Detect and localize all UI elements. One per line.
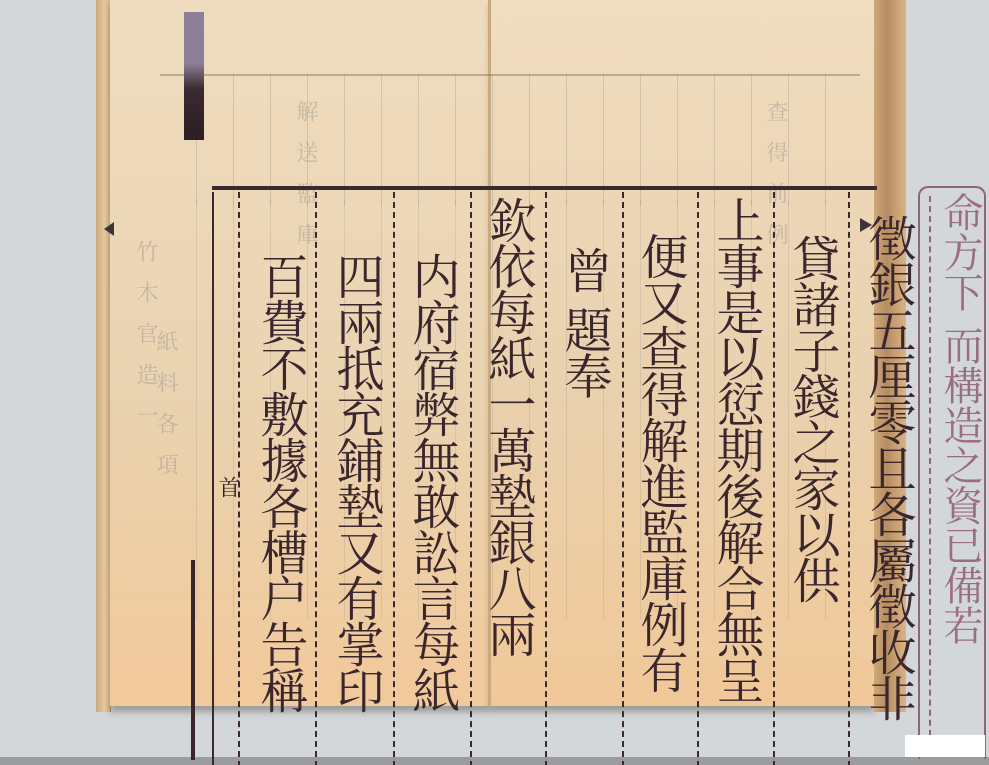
- text-column: 百費不敷據各槽户告稱: [252, 252, 308, 712]
- overlay-sheet: 命方下 而構造之資已備若 徵銀五厘零且各屬徵收非 貸諸子錢之家以供 上事是以愆期…: [200, 186, 989, 765]
- book-left-edge: [96, 0, 111, 712]
- column-rule: [315, 192, 317, 765]
- text-column: 便又查得解進監庫例有: [632, 232, 688, 692]
- fishtail-mark-icon: [104, 222, 114, 236]
- bleed-through-text: 紙 料 各 項: [150, 330, 181, 481]
- stamp-column: 命方下 而構造之資已備若: [932, 192, 988, 645]
- column-rule: [470, 192, 472, 765]
- text-column: 曾 題奉: [556, 246, 612, 397]
- column-rule: [393, 192, 395, 765]
- column-rule: [848, 192, 850, 765]
- margin-label: 首: [212, 476, 243, 498]
- frame-top-rule: [212, 186, 877, 190]
- text-column: 徵銀五厘零且各屬徵收非: [860, 214, 916, 720]
- column-rule: [697, 192, 699, 765]
- bookmark-tab: [184, 12, 204, 140]
- text-column: 上事是以愆期後解合無呈: [708, 196, 764, 702]
- stamp-divider: [929, 196, 931, 756]
- scan-artifact: [905, 735, 985, 757]
- text-column: 内府宿弊無敢訟言每紙: [404, 252, 460, 712]
- text-column: 四兩抵充鋪墊又有掌印: [328, 252, 384, 712]
- column-rule: [545, 192, 547, 765]
- column-rule: [622, 192, 624, 765]
- text-column: 貸諸子錢之家以供: [784, 234, 840, 602]
- column-rule: [773, 192, 775, 765]
- text-column: 欽依每紙一萬墊銀八兩: [480, 196, 536, 656]
- frame-line: [191, 560, 195, 760]
